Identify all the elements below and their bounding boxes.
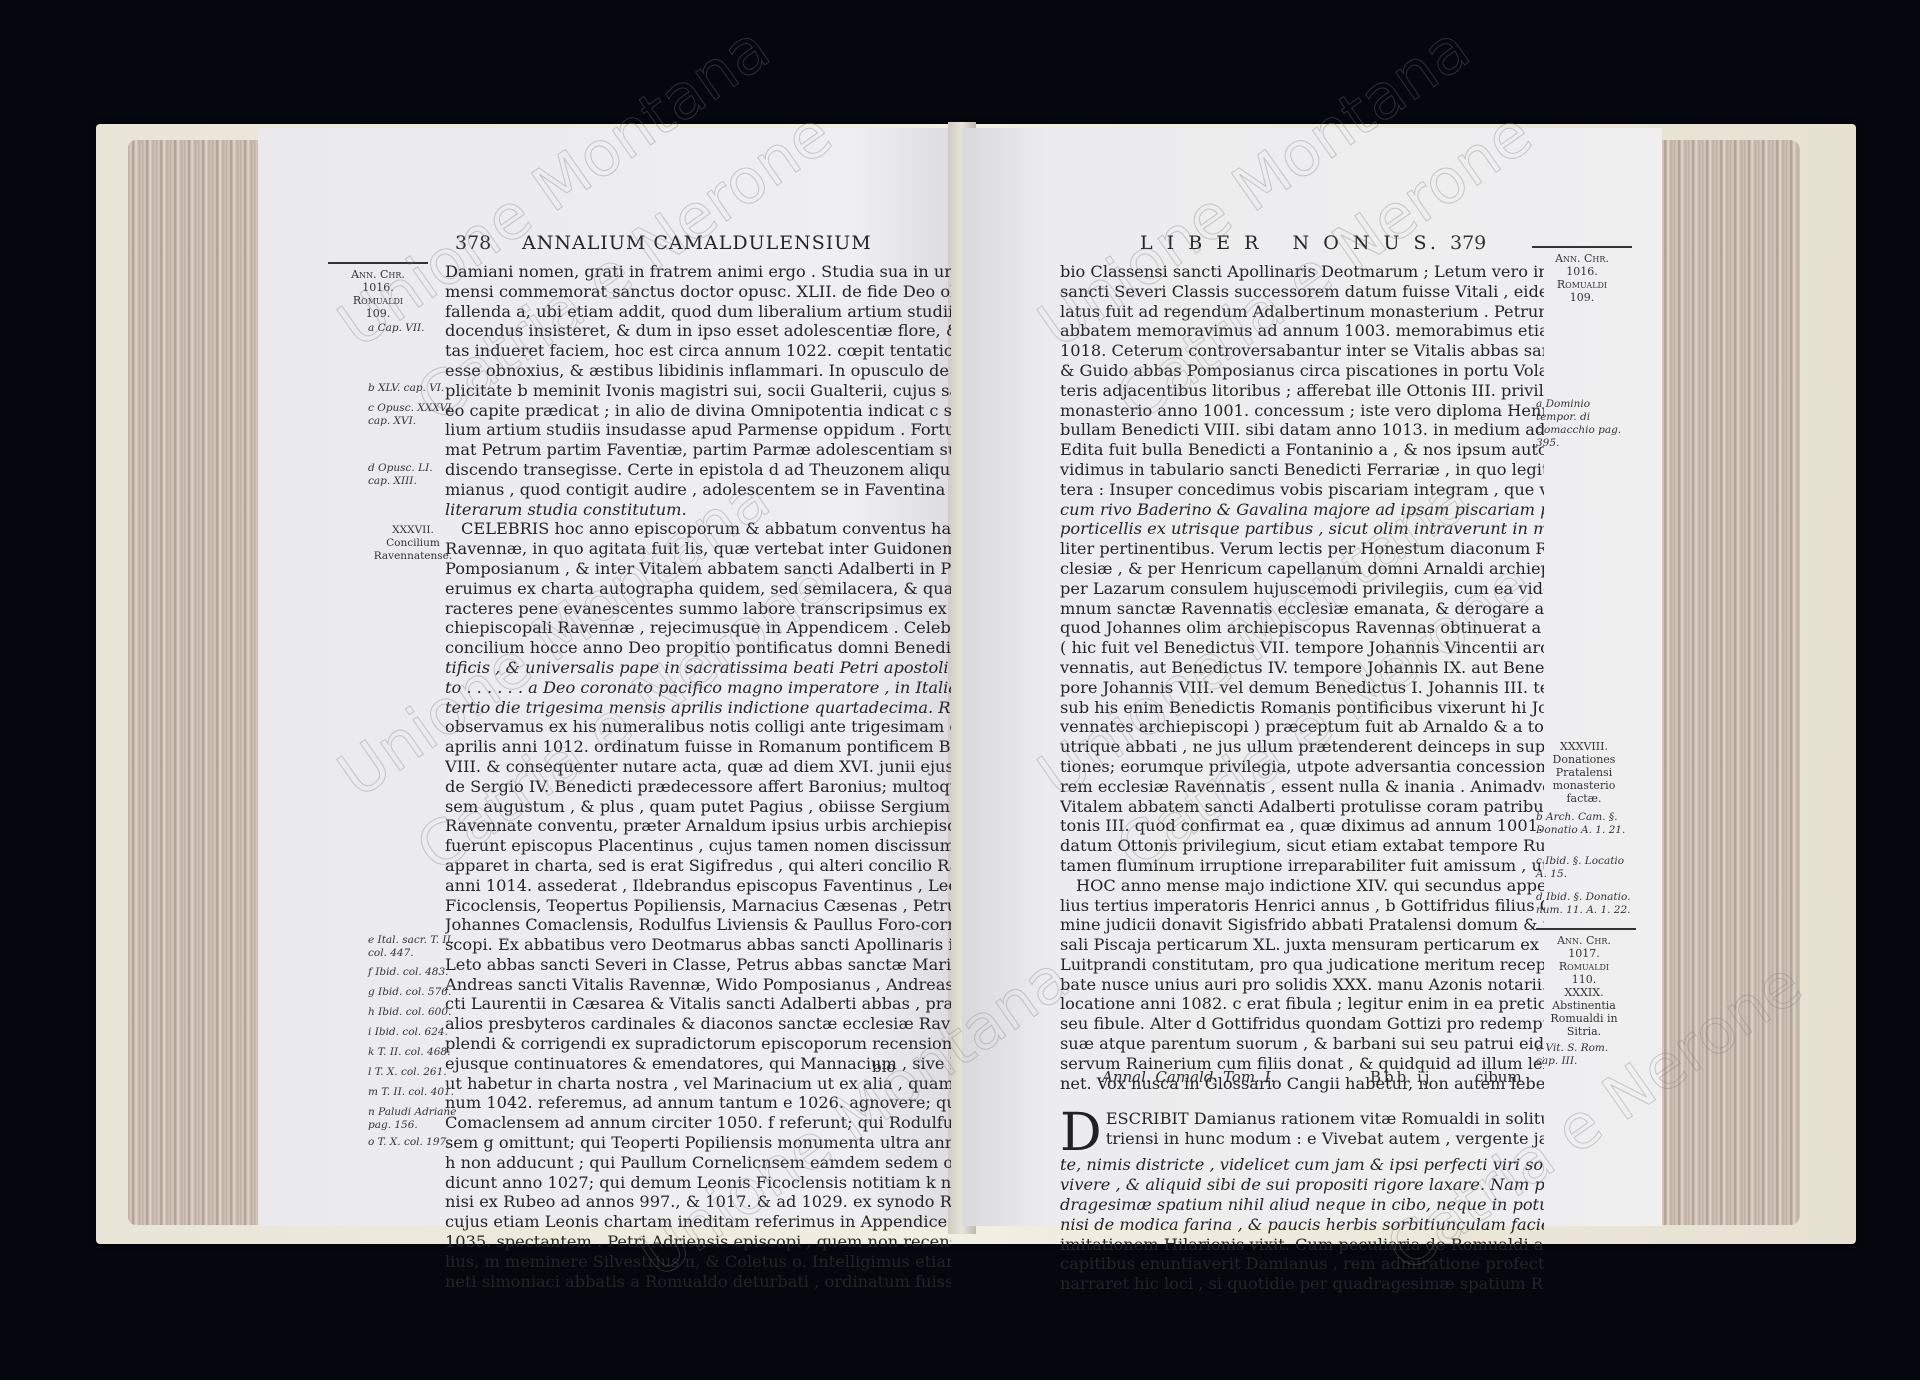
text-line: mat Petrum partim Faventiæ, partim Parmæ… [445,440,951,460]
text-line: Vitalem abbatem sancti Adalberti protuli… [1060,797,1544,817]
text-line: per Lazarum consulem hujuscemodi privile… [1060,579,1544,599]
text-line: mensi commemorat sanctus doctor opusc. X… [445,282,951,302]
text-line: sem g omittunt; qui Teoperti Popiliensis… [445,1133,951,1153]
text-line: mine judicii donavit Sigisfrido abbati P… [1060,915,1544,935]
margin-note: b Arch. Cam. §. Donatio A. 1. 21. [1536,811,1632,837]
ann-chr-label: Ann. Chr. [1536,934,1632,947]
right-body-text: bio Classensi sancti Apollinaris Deotmar… [1060,262,1544,1294]
margin-rule [1532,246,1632,248]
section-title: Abstinentia Romualdi in Sitria. [1536,999,1632,1038]
right-margin-date: Ann. Chr. 1016. Romualdi 109. [1532,246,1632,304]
text-line: dicunt anno 1027; qui demum Leonis Ficoc… [445,1173,951,1193]
margin-note: e Vit. S. Rom. cap. III. [1536,1042,1632,1068]
text-line: vivere , & aliquid sibi de sui propositi… [1060,1175,1544,1195]
text-line: num 1042. referemus, ad annum tantum e 1… [445,1093,951,1113]
text-line: discendo transegisse. Certe in epistola … [445,460,951,480]
text-line: neti simoniaci abbatis a Romualdo deturb… [445,1272,951,1292]
margin-note: d Ibid. §. Donatio. num. 11. A. 1. 22. [1536,891,1632,917]
text-line: Leto abbas sancti Severi in Classe, Petr… [445,955,951,975]
text-line: Damiani nomen, grati in fratrem animi er… [445,262,951,282]
text-line: vennates archiepiscopi ) præceptum fuit … [1060,717,1544,737]
text-line: Edita fuit bulla Benedicti a Fontaninio … [1060,440,1544,460]
text-line: quod Johannes olim archiepiscopus Ravenn… [1060,618,1544,638]
text-line: Ravennate conventu, præter Arnaldum ipsi… [445,816,951,836]
text-line: VIII. & consequenter nutare acta, quæ ad… [445,757,951,777]
text-line: alios presbyteros cardinales & diaconos … [445,1014,951,1034]
text-line: tificis , & universalis pape in sacratis… [445,658,951,678]
right-running-head: L I B E R N O N U S. [1140,232,1440,254]
text-line: abbatem memoravimus ad annum 1003. memor… [1060,321,1544,341]
text-line: plendi & corrigendi ex supradictorum epi… [445,1034,951,1054]
text-line: & Guido abbas Pomposianus circa piscatio… [1060,361,1544,381]
text-line: scopi. Ex abbatibus vero Deotmarus abbas… [445,935,951,955]
text-line: sali Piscaja perticarum XL. juxta mensur… [1060,935,1544,955]
text-line: liter pertinentibus. Verum lectis per Ho… [1060,539,1544,559]
right-margin-section: XXXVIII. Donationes Pratalensi monasteri… [1536,740,1632,917]
text-line: seu fibule. Alter d Gottifridus quondam … [1060,1014,1544,1034]
text-line: 1035. spectantem . Petri Adriensis episc… [445,1232,951,1252]
text-line: tas indueret faciem, hoc est circa annum… [445,341,951,361]
text-line: sem augustum , & plus , quam putet Pagiu… [445,797,951,817]
signature-mark: Bbb ij [1370,1068,1432,1086]
right-margin-note-a: a Dominio tempor. di Comacchio pag. 395. [1536,398,1628,450]
text-line: vidimus in tabulario sancti Benedicti Fe… [1060,460,1544,480]
text-line: tiones; eorumque privilegia, utpote adve… [1060,757,1544,777]
text-line: racteres pene evanescentes summo labore … [445,599,951,619]
text-line: ESCRIBIT Damianus rationem vitæ Romualdi… [1106,1109,1544,1129]
text-line: mianus , quod contigit audire , adolesce… [445,480,951,500]
left-body-text: Damiani nomen, grati in fratrem animi er… [445,262,951,1291]
text-line: eo capite prædicat ; in alio de divina O… [445,401,951,421]
text-line: observamus ex his numeralibus notis coll… [445,717,951,737]
text-line: dragesimæ spatium nihil aliud neque in c… [1060,1195,1544,1215]
text-line: clesiæ , & per Henricum capellanum domni… [1060,559,1544,579]
text-line: tonis III. quod confirmat ea , quæ dixim… [1060,816,1544,836]
year-label: 1017. [1536,947,1632,960]
romualdi-label: Romualdi [1532,278,1632,291]
dropcap-letter: D [1060,1111,1102,1155]
text-line: Pomposianum , & inter Vitalem abbatem sa… [445,559,951,579]
margin-note: a Dominio tempor. di Comacchio pag. 395. [1536,398,1628,450]
text-line: pore Johannis VIII. vel demum Benedictus… [1060,678,1544,698]
text-line: 1018. Ceterum controversabantur inter se… [1060,341,1544,361]
romualdi-year-label: 110. [1536,973,1632,986]
text-line: aprilis anni 1012. ordinatum fuisse in R… [445,737,951,757]
footer-volume: Annal. Camald. Tom. I. [1102,1068,1275,1086]
left-running-head: ANNALIUM CAMALDULENSIUM [522,232,872,254]
text-line: plicitate b meminit Ivonis magistri sui,… [445,381,951,401]
year-label: 1016. [322,281,434,294]
text-line: esse obnoxius, & æstibus libidinis infla… [445,361,951,381]
right-page-number: 379 [1450,232,1486,254]
text-line: nisi ex Rubeo ad annos 997., & 1017. & a… [445,1192,951,1212]
text-line: de Sergio IV. Benedicti prædecessore aff… [445,777,951,797]
text-line: Ravennæ, in quo agitata fuit lis, quæ ve… [445,539,951,559]
right-margin-date-bottom: Ann. Chr. 1017. Romualdi 110. XXXIX. Abs… [1536,928,1632,1068]
text-line: imitationem Hilarionis vixit. Cum peculi… [1060,1235,1544,1255]
section-title: Donationes Pratalensi monasterio factæ. [1536,753,1632,805]
text-line: concilium hocce anno Deo propitio pontif… [445,638,951,658]
text-line: bate nusce unius auri pro solidis XXX. m… [1060,975,1544,995]
text-line: apparet in charta, sed is erat Sigifredu… [445,856,951,876]
text-line: fuerunt episcopus Placentinus , cujus ta… [445,836,951,856]
dropcap-paragraph: D ESCRIBIT Damianus rationem vitæ Romual… [1060,1109,1544,1294]
text-line: to . . . . . . a Deo coronato pacifico m… [445,678,951,698]
left-page-number: 378 [455,232,491,254]
text-line: monasterio anno 1001. concessum ; iste v… [1060,401,1544,421]
text-line: tertio die trigesima mensis aprilis indi… [445,698,951,718]
text-line: vennatis, aut Benedictus IV. tempore Joh… [1060,658,1544,678]
text-line: tamen fluminum irruptione irreparabilite… [1060,856,1544,876]
left-margin-date: Ann. Chr. 1016. Romualdi 109. [322,262,434,320]
right-catchword: cibum [1475,1068,1522,1086]
text-line: porticellis ex utrisque partibus , sicut… [1060,519,1544,539]
romualdi-year-label: 109. [1532,291,1632,304]
text-line: h non adducunt ; qui Paullum Cornelicnse… [445,1153,951,1173]
text-line: nisi de modica farina , & paucis herbis … [1060,1215,1544,1235]
text-line: docendus insisteret, & dum in ipso esset… [445,321,951,341]
text-line: sub his enim Benedictis Romanis pontific… [1060,698,1544,718]
text-line: eruimus ex charta autographa quidem, sed… [445,579,951,599]
text-line: Comaclensem ad annum circiter 1050. f re… [445,1113,951,1133]
margin-note: c Ibid. §. Locatio A. 15. [1536,855,1632,881]
text-line: lium artium studiis insudasse apud Parme… [445,420,951,440]
romualdi-year-label: 109. [322,307,434,320]
left-page-edges [128,140,262,1225]
section-number: XXXVIII. [1536,740,1632,753]
text-line: ( hic fuit vel Benedictus VII. tempore J… [1060,638,1544,658]
right-page-edges [1660,140,1800,1225]
text-line: latus fuit ad regendum Adalbertinum mona… [1060,302,1544,322]
text-line: rem ecclesiæ Ravennatis , essent nulla &… [1060,777,1544,797]
text-line: capitibus enuntiaverit Damianus , rem ad… [1060,1254,1544,1274]
text-line: bullam Benedicti VIII. sibi datam anno 1… [1060,420,1544,440]
ann-chr-label: Ann. Chr. [322,268,434,281]
text-line: HOC anno mense majo indictione XIV. qui … [1060,876,1544,896]
text-line: Johannes Comaclensis, Rodulfus Liviensis… [445,915,951,935]
text-line: narraret hic loci , si quotidie per quad… [1060,1274,1544,1294]
text-line: sancti Severi Classis successorem datum … [1060,282,1544,302]
romualdi-label: Romualdi [322,294,434,307]
text-line: chiepiscopali Ravennæ , rejecimusque in … [445,618,951,638]
text-line: Ficoclensis, Teopertus Popiliensis, Marn… [445,896,951,916]
text-line: fallenda a, ubi etiam addit, quod dum li… [445,302,951,322]
text-line: Luitprandi constitutam, pro qua judicati… [1060,955,1544,975]
text-line: ut habetur in charta nostra , vel Marina… [445,1074,951,1094]
text-line: lius tertius imperatoris Henrici annus ,… [1060,896,1544,916]
text-line: te, nimis districte , videlicet cum jam … [1060,1155,1544,1175]
text-line: locatione anni 1082. c erat fibula ; leg… [1060,994,1544,1014]
text-line: cum rivo Baderino & Gavalina majore ad i… [1060,500,1544,520]
left-catchword: bio [872,1058,895,1076]
text-line: Andreas sancti Vitalis Ravennæ, Wido Pom… [445,975,951,995]
year-label: 1016. [1532,265,1632,278]
text-line: anni 1014. assederat , Ildebrandus episc… [445,876,951,896]
text-line: utrique abbati , ne jus ullum prætendere… [1060,737,1544,757]
text-line: mnum sanctæ Ravennatis ecclesiæ emanata,… [1060,599,1544,619]
text-line: datum Ottonis privilegium, sicut etiam e… [1060,836,1544,856]
text-line: suæ atque parentum suorum , & barbani su… [1060,1034,1544,1054]
text-line: literarum studia constitutum. [445,500,951,520]
text-line: cti Laurentii in Cæsarea & Vitalis sanct… [445,994,951,1014]
text-line: teris adjacentibus litoribus ; afferebat… [1060,381,1544,401]
margin-rule [328,262,428,264]
text-line: lius, m meminere Silvestrius n, & Coletu… [445,1252,951,1272]
text-line: tera : Insuper concedimus vobis piscaria… [1060,480,1544,500]
ann-chr-label: Ann. Chr. [1532,252,1632,265]
margin-rule [1536,928,1636,930]
text-line: bio Classensi sancti Apollinaris Deotmar… [1060,262,1544,282]
text-line: cujus etiam Leonis chartam ineditam refe… [445,1212,951,1232]
romualdi-label: Romualdi [1536,960,1632,973]
text-line: CELEBRIS hoc anno episcoporum & abbatum … [445,519,951,539]
text-line: triensi in hunc modum : e Vivebat autem … [1106,1129,1544,1149]
section-number: XXXIX. [1536,986,1632,999]
